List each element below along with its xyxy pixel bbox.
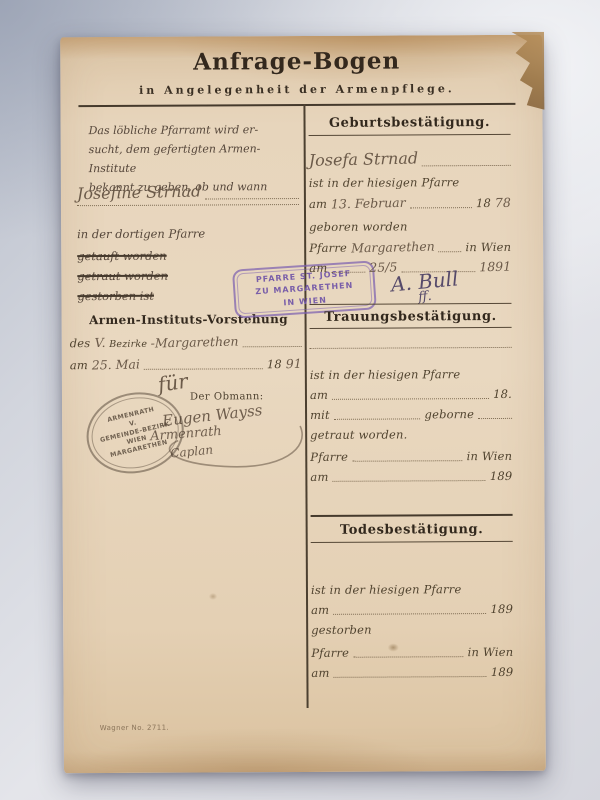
birth-pfarre-line: Pfarre Margarethen in Wien <box>309 239 511 255</box>
blank-fill <box>332 398 489 400</box>
empty-line <box>310 347 512 351</box>
year-prefix: 18 <box>267 357 282 371</box>
header-rule <box>78 103 515 107</box>
death-top-rule <box>311 514 513 517</box>
blank-fill <box>144 368 263 370</box>
birth-heading: Geburtsbestätigung. <box>308 115 510 131</box>
fuer-handwritten: für <box>156 369 189 397</box>
oval-stamp-line: ARMENRATH <box>107 406 156 426</box>
am-label: am <box>311 666 329 680</box>
person-name-handwritten: Josefine Strnad <box>77 181 202 203</box>
person-name-line: Josefine Strnad <box>77 182 299 202</box>
oval-stamp-line: GEMEINDE-BEZIRK <box>99 420 171 445</box>
blank-fill <box>334 676 487 678</box>
birth-line1: ist in der hiesigen Pfarre <box>309 175 460 190</box>
parish-stamp-line: ZU MARGARETHEN <box>241 279 368 300</box>
blank-fill <box>353 656 463 658</box>
death-pfarre-line: Pfarre in Wien <box>311 645 513 660</box>
blank-fill <box>333 613 486 615</box>
blank-fill <box>334 418 421 419</box>
blank-fill <box>310 347 512 349</box>
blank-fill <box>333 480 486 482</box>
pfarre-label: Pfarre <box>310 450 348 464</box>
death-parish-line: ist in der hiesigen Pfarre <box>311 582 513 597</box>
printer-note: Wagner No. 2711. <box>100 724 169 732</box>
year-prefix: 189 <box>491 665 514 679</box>
birth-name-handwritten: Josefa Strnad <box>309 148 419 169</box>
district-number-handwritten: V. <box>94 335 105 350</box>
option-died: gestorben ist <box>77 289 154 303</box>
marriage-spouse-line: mit geborne <box>310 407 512 422</box>
page-title: Anfrage-Bogen <box>78 47 515 76</box>
died-line: gestorben <box>311 622 513 637</box>
am-label: am <box>311 603 329 617</box>
date-handwritten: 25. Mai <box>92 356 140 372</box>
option-baptized: getauft worden <box>77 249 167 263</box>
blank-fill <box>205 198 299 199</box>
blank-fill <box>77 204 299 206</box>
pfarre-label: Pfarre <box>309 241 347 255</box>
bezirk-label: Bezirke <box>109 339 147 350</box>
oval-stamp: ARMENRATH V. GEMEINDE-BEZIRK WIEN MARGAR… <box>78 383 192 483</box>
empty-line <box>77 204 299 208</box>
district-line: des V. Bezirke -Margarethen <box>70 334 302 350</box>
year-prefix: 18 <box>476 196 491 210</box>
mit-label: mit <box>310 408 330 422</box>
am-label: am <box>309 197 327 211</box>
birth-date-handwritten: 13. Februar <box>331 195 406 212</box>
geborne-label: geborne <box>424 407 474 421</box>
pfarre-label: Pfarre <box>311 646 349 660</box>
blank-fill <box>439 251 462 252</box>
priest-signature: A. Bull ff. <box>390 266 460 307</box>
district-name-handwritten: -Margarethen <box>151 334 239 351</box>
marriage-parish-line: ist in der hiesigen Pfarre <box>310 367 512 382</box>
des-label: des <box>70 336 91 350</box>
marriage-heading-rule <box>310 327 512 329</box>
pfarre-name-handwritten: Margarethen <box>351 239 435 256</box>
birth-heading-rule <box>309 134 511 136</box>
born-label: geboren worden <box>309 219 408 234</box>
died-label: gestorben <box>311 623 372 637</box>
death-issue-date-line: am 189 <box>311 665 513 680</box>
oval-stamp-line: V. <box>129 419 138 429</box>
column-divider <box>303 104 308 708</box>
married-label: getraut worden. <box>310 427 407 442</box>
year-prefix: 189 <box>490 469 513 483</box>
blank-fill <box>478 418 512 419</box>
year-prefix: 189 <box>490 602 513 616</box>
page-subtitle: in Angelegenheit der Armenpflege. <box>78 82 515 97</box>
oval-stamp-line: WIEN <box>126 435 148 448</box>
am-label: am <box>309 261 327 275</box>
request-line: sucht, dem gefertigten Armen-Institute <box>89 139 297 178</box>
oval-stamp-line: MARGARETHEN <box>110 439 169 461</box>
am-label: am <box>70 358 88 372</box>
marriage-line1: ist in der hiesigen Pfarre <box>310 367 461 382</box>
in-wien-label: in Wien <box>467 449 513 463</box>
marriage-heading: Trauungsbestätigung. <box>310 309 512 325</box>
in-wien-label: in Wien <box>465 240 511 254</box>
birth-parish-line: ist in der hiesigen Pfarre <box>309 175 511 190</box>
birth-year-handwritten: 78 <box>495 195 511 210</box>
death-line1: ist in der hiesigen Pfarre <box>311 582 462 597</box>
blank-fill <box>331 272 365 273</box>
marriage-date-line: am 18. <box>310 387 512 402</box>
blank-fill <box>410 207 472 208</box>
death-date-line: am 189 <box>311 602 513 617</box>
request-line: Das löbliche Pfarramt wird er- <box>89 120 297 140</box>
am-label: am <box>310 388 328 402</box>
year-prefix: 18. <box>493 387 512 401</box>
document-paper: Anfrage-Bogen in Angelegenheit der Armen… <box>60 35 546 774</box>
blank-fill <box>422 165 511 166</box>
parish-line: in der dortigen Pfarre <box>77 227 205 242</box>
birth-date-line: am 13. Februar 18 78 <box>309 195 511 211</box>
in-wien-label: in Wien <box>468 645 514 659</box>
issue-year-handwritten: 1891 <box>479 259 511 275</box>
blank-fill <box>243 346 302 347</box>
marriage-pfarre-line: Pfarre in Wien <box>310 449 512 464</box>
born-line: geboren worden <box>309 219 511 234</box>
death-heading: Todesbestätigung. <box>311 522 513 538</box>
marriage-issue-date-line: am 189 <box>310 469 512 484</box>
death-heading-rule <box>311 541 513 543</box>
birth-name-line: Josefa Strnad <box>309 149 511 169</box>
option-married: getraut worden <box>77 269 168 283</box>
year-handwritten: 91 <box>286 356 302 371</box>
blank-fill <box>352 460 462 462</box>
am-label: am <box>310 470 328 484</box>
photo-background: Anfrage-Bogen in Angelegenheit der Armen… <box>0 0 600 800</box>
married-line: getraut worden. <box>310 427 512 442</box>
